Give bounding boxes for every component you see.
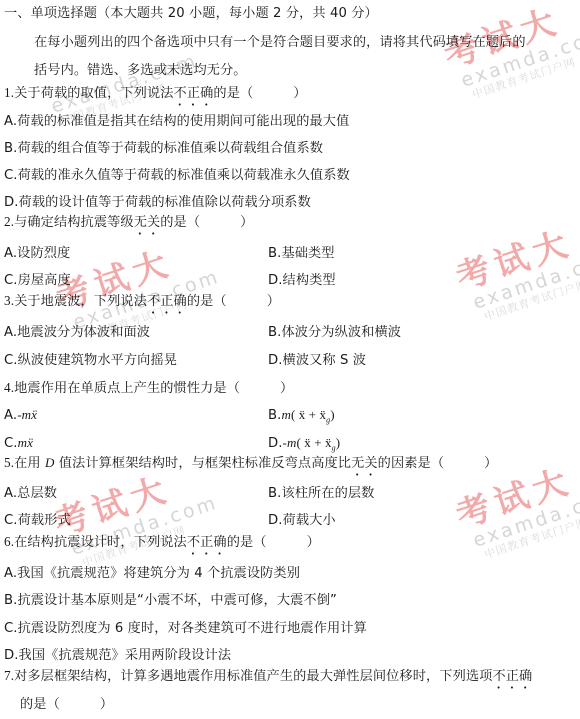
question-6-option-c: C.抗震设防烈度为 6 度时，对各类建筑可不进行地震作用计算: [4, 620, 367, 638]
question-2-option-d: D.结构类型: [268, 272, 336, 290]
question-5-option-a: A.总层数: [4, 485, 57, 503]
watermark: 考试大 examda.com 中国教育考试门户网: [452, 212, 580, 328]
question-1-option-a: A.荷载的标准值是指其在结构的使用期间可能出现的最大值: [4, 113, 349, 131]
question-1-option-c: C.荷载的准永久值等于荷载的标准值乘以荷载准永久值系数: [4, 167, 350, 185]
question-7-stem: 7.对多层框架结构，计算多遇地震作用标准值产生的最大弹性层间位移时，下列选项不正…: [4, 667, 532, 692]
question-5-option-c: C.荷载形式: [4, 512, 71, 530]
question-6-option-b: B.抗震设计基本原则是“小震不坏，中震可修，大震不倒”: [4, 592, 337, 610]
watermark: 考试大 examda.com 中国教育考试门户网: [440, 0, 580, 107]
instruction-line-1: 在每小题列出的四个备选项中只有一个是符合题目要求的，请将其代码填写在题后的: [34, 34, 526, 52]
question-2-option-a: A.设防烈度: [4, 245, 70, 263]
question-3-option-d: D.横波又称 S 波: [268, 352, 366, 370]
emphasis: 不正确: [174, 86, 214, 101]
question-6-option-d: D.我国《抗震规范》采用两阶段设计法: [4, 647, 231, 665]
emphasis: 不正确: [492, 669, 532, 684]
emphasis: 无关: [351, 456, 378, 471]
question-2-stem: 2.与确定结构抗震等级无关的是（）: [4, 213, 253, 238]
instruction-line-2: 括号内。错选、多选或未选均无分。: [34, 62, 247, 80]
question-1-stem: 1.关于荷载的取值，下列说法不正确的是（）: [4, 84, 307, 109]
emphasis: 不正确: [147, 294, 187, 309]
watermark-tagline: 中国教育考试门户网: [471, 43, 580, 102]
question-3-stem: 3.关于地震波，下列说法不正确的是（）: [4, 292, 280, 317]
emphasis: 无关: [134, 215, 161, 230]
question-7-stem-line-2: 的是（）: [20, 696, 113, 714]
question-3-option-c: C.纵波使建筑物水平方向摇晃: [4, 352, 177, 370]
question-1-option-d: D.荷载的设计值等于荷载的标准值除以荷载分项系数: [4, 194, 311, 212]
question-3-option-b: B.体波分为纵波和横波: [268, 324, 401, 342]
question-5-option-d: D.荷载大小: [268, 512, 336, 530]
question-6-option-a: A.我国《抗震规范》将建筑分为 4 个抗震设防类别: [4, 565, 300, 583]
question-2-option-b: B.基础类型: [268, 245, 335, 263]
question-3-option-a: A.地震波分为体波和面波: [4, 324, 150, 342]
question-2-option-c: C.房屋高度: [4, 272, 71, 290]
emphasis: 不正确: [187, 535, 227, 550]
question-4-option-b: B.m( ẍ + ẍg): [268, 406, 335, 430]
question-1-option-b: B.荷载的组合值等于荷载的标准值乘以荷载组合值系数: [4, 140, 323, 158]
question-5-stem: 5.在用 D 值法计算框架结构时，与框架柱标准反弯点高度比无关的因素是（）: [4, 454, 497, 479]
question-6-stem: 6.在结构抗震设计时，下列说法不正确的是（）: [4, 533, 320, 558]
question-4-option-c: C.mẍ: [4, 434, 33, 453]
question-5-option-b: B.该柱所在的层数: [268, 485, 374, 503]
question-4-stem: 4.地震作用在单质点上产生的惯性力是（）: [4, 379, 293, 398]
question-4-option-a: A.-mẍ: [4, 406, 37, 425]
section-title: 一、单项选择题（本大题共 20 小题，每小题 2 分，共 40 分）: [4, 5, 378, 23]
